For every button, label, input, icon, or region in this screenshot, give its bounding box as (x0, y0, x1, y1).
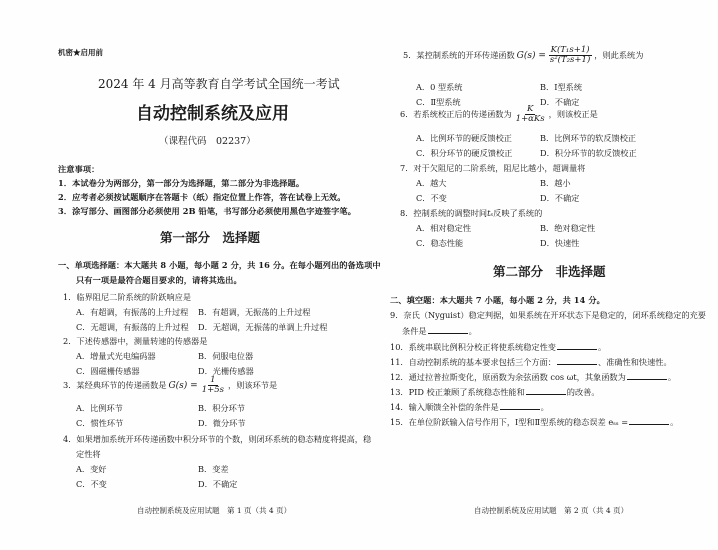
fill-question-12-text: 12．通过拉普拉斯变化，原函数为余弦函数 cos ωt，其象函数为 (390, 372, 626, 382)
formula-denominator: 1+αKs (514, 115, 547, 124)
notice-item-3: 3．涂写部分、画图部分必须使用 2B 铅笔，书写部分必须使用黑色字迹签字笔。 (58, 206, 356, 217)
question-4-option-c: C．不变 (76, 479, 107, 490)
fill-question-13: 13．PID 校正兼顾了系统稳态性能和的改善。 (390, 386, 600, 398)
fill-question-11: 11．自动控制系统的基本要求包括三个方面：、准确性和快速性。 (390, 356, 672, 368)
formula-denominator: s²(T₂s+1) (548, 56, 592, 65)
question-7-option-b: B．越小 (540, 178, 571, 189)
fill-question-10-suffix: 。 (598, 342, 606, 352)
fill-question-13-suffix: 的改善。 (567, 387, 600, 397)
question-3-stem: 3．某经典环节的传递函数是 G(s) = 1 1+5s ，则该环节是 (63, 376, 277, 396)
fill-question-9-cont: 条件是。 (402, 325, 477, 337)
question-7-stem: 7．对于欠阻尼的二阶系统，阻尼比越小，超调量将 (400, 163, 585, 174)
question-1-stem: 1．临界阻尼二阶系统的阶跃响应是 (63, 292, 191, 303)
question-3-formula-lhs: G(s) = (168, 381, 197, 391)
fill-question-15-text: 15．在单位阶跃输入信号作用下，Ⅰ型和Ⅱ型系统的稳态误差 eₛₛ = (390, 417, 628, 427)
question-3-option-d: D．微分环节 (198, 418, 246, 429)
question-8-option-a: A．相对稳定性 (416, 223, 471, 234)
question-7-option-a: A．越大 (416, 178, 446, 189)
question-3-option-c: C．惯性环节 (76, 418, 123, 429)
notice-heading: 注意事项： (58, 164, 99, 175)
question-5-stem-suffix: ，则此系统为 (594, 50, 643, 61)
question-1-option-b: B．有超调，无振荡的上升过程 (198, 307, 310, 318)
question-4-stem: 4．如果增加系统开环传递函数中积分环节的个数，则闭环系统的稳态精度将提高，稳 (63, 434, 371, 445)
fill-question-9-text: 条件是 (402, 326, 427, 336)
question-1-option-d: D．无超调，无振荡的单调上升过程 (198, 322, 327, 333)
question-8-option-b: B．绝对稳定性 (540, 223, 595, 234)
fill-question-13-text: 13．PID 校正兼顾了系统稳态性能和 (390, 387, 525, 397)
fill-question-11-suffix: 、准确性和快速性。 (598, 357, 672, 367)
answer-blank (627, 371, 667, 380)
page-2-footer: 自动控制系统及应用试题 第 2 页（共 4 页） (474, 505, 628, 516)
subject-title: 自动控制系统及应用 (136, 99, 289, 124)
question-5-stem: 5．某控制系统的开环传递函数 G(s) = K(T₁s+1) s²(T₂s+1)… (403, 46, 643, 66)
course-code: （课程代码 02237） (159, 133, 256, 147)
exam-title: 2024 年 4 月高等教育自学考试全国统一考试 (98, 75, 340, 92)
question-2-option-a: A．增量式光电编码器 (76, 351, 156, 362)
question-5-option-a: A．0 型系统 (416, 82, 462, 93)
fill-question-9-suffix: 。 (469, 326, 477, 336)
question-8-option-d: D．快速性 (540, 238, 579, 249)
question-5-stem-prefix: 5．某控制系统的开环传递函数 (403, 50, 515, 61)
question-4-option-a: A．变好 (76, 464, 106, 475)
question-5-formula-lhs: G(s) = (517, 51, 546, 61)
exam-page-2: 5．某控制系统的开环传递函数 G(s) = K(T₁s+1) s²(T₂s+1)… (360, 0, 718, 550)
part-one-title: 第一部分 选择题 (160, 228, 260, 246)
fill-question-10-text: 10．系统串联比例积分校正将使系统稳定性变 (390, 342, 556, 352)
question-8-stem-suffix: 反映了系统的 (493, 208, 542, 218)
fill-question-12: 12．通过拉普拉斯变化，原函数为余弦函数 cos ωt，其象函数为。 (390, 371, 676, 383)
question-2-stem: 2．下述传感器中，测量转速的传感器是 (63, 336, 207, 347)
question-1-option-c: C．无超调，有振荡的上升过程 (76, 322, 189, 333)
part-two-title: 第二部分 非选择题 (493, 262, 606, 280)
fill-question-14: 14．输入顺馈全补偿的条件是。 (390, 401, 549, 413)
question-6-option-a: A．比例环节的硬反馈校正 (416, 133, 512, 144)
answer-blank (428, 325, 468, 334)
question-3-stem-prefix: 3．某经典环节的传递函数是 (63, 380, 166, 391)
question-6-stem-suffix: ，则该校正是 (549, 109, 598, 120)
fill-question-14-suffix: 。 (541, 402, 549, 412)
question-3-option-a: A．比例环节 (76, 403, 123, 414)
question-6-option-b: B．比例环节的软反馈校正 (540, 133, 636, 144)
answer-blank (557, 356, 597, 365)
question-5-option-b: B．Ⅰ型系统 (540, 82, 582, 93)
question-4-stem-cont: 定性将 (76, 449, 101, 460)
answer-blank (526, 386, 566, 395)
question-6-option-c: C．积分环节的硬反馈校正 (416, 148, 512, 159)
question-2-option-b: B．伺服电位器 (198, 351, 253, 362)
exam-page-1: 机密★启用前 2024 年 4 月高等教育自学考试全国统一考试 自动控制系统及应… (0, 0, 360, 550)
question-8-stem-prefix: 8．控制系统的调整时间 (400, 208, 487, 218)
notice-item-2: 2．应考者必须按试题顺序在答题卡（纸）指定位置上作答，答在试卷上无效。 (58, 192, 346, 203)
answer-blank (557, 341, 597, 350)
fill-question-10: 10．系统串联比例积分校正将使系统稳定性变。 (390, 341, 606, 353)
question-5-formula-fraction: K(T₁s+1) s²(T₂s+1) (548, 46, 592, 66)
question-3-stem-suffix: ，则该环节是 (228, 380, 277, 391)
fill-question-11-text: 11．自动控制系统的基本要求包括三个方面： (390, 357, 556, 367)
section-one-instructions-cont: 只有一项是最符合题目要求的，请将其选出。 (76, 275, 242, 286)
question-6-option-d: D．积分环节的软反馈校正 (540, 148, 637, 159)
fill-question-15: 15．在单位阶跃输入信号作用下，Ⅰ型和Ⅱ型系统的稳态误差 eₛₛ =。 (390, 416, 678, 428)
question-7-option-d: D．不确定 (540, 193, 579, 204)
question-7-option-c: C．不变 (416, 193, 447, 204)
question-3-option-b: B．积分环节 (198, 403, 245, 414)
notice-item-1: 1．本试卷分为两部分，第一部分为选择题，第二部分为非选择题。 (58, 178, 304, 189)
fill-question-12-suffix: 。 (668, 372, 676, 382)
question-6-stem-prefix: 6．若系统校正后的传递函数为 (400, 109, 512, 120)
fill-question-9: 9．奈氏（Nyguist）稳定判据，如果系统在开环状态下是稳定的，闭环系统稳定的… (390, 310, 706, 321)
page-1-footer: 自动控制系统及应用试题 第 1 页（共 4 页） (137, 505, 291, 516)
fill-question-15-suffix: 。 (670, 417, 678, 427)
answer-blank (500, 401, 540, 410)
question-4-option-b: B．变差 (198, 464, 229, 475)
question-3-formula-fraction: 1 1+5s (200, 376, 226, 396)
section-one-instructions: 一、单项选择题：本大题共 8 小题，每小题 2 分，共 16 分。在每小题列出的… (58, 260, 381, 271)
fill-question-14-text: 14．输入顺馈全补偿的条件是 (390, 402, 499, 412)
formula-denominator: 1+5s (200, 386, 226, 395)
question-6-stem: 6．若系统校正后的传递函数为 K 1+αKs ，则该校正是 (400, 105, 598, 125)
question-8-option-c: C．稳态性能 (416, 238, 463, 249)
question-6-formula-fraction: K 1+αKs (514, 105, 547, 125)
answer-blank (629, 416, 669, 425)
question-4-option-d: D．不确定 (198, 479, 237, 490)
question-1-option-a: A．有超调，有振荡的上升过程 (76, 307, 188, 318)
section-two-instructions: 二、填空题：本大题共 7 小题，每小题 2 分，共 14 分。 (390, 295, 605, 306)
question-8-stem: 8．控制系统的调整时间tₛ反映了系统的 (400, 208, 542, 219)
confidential-label: 机密★启用前 (58, 47, 103, 58)
